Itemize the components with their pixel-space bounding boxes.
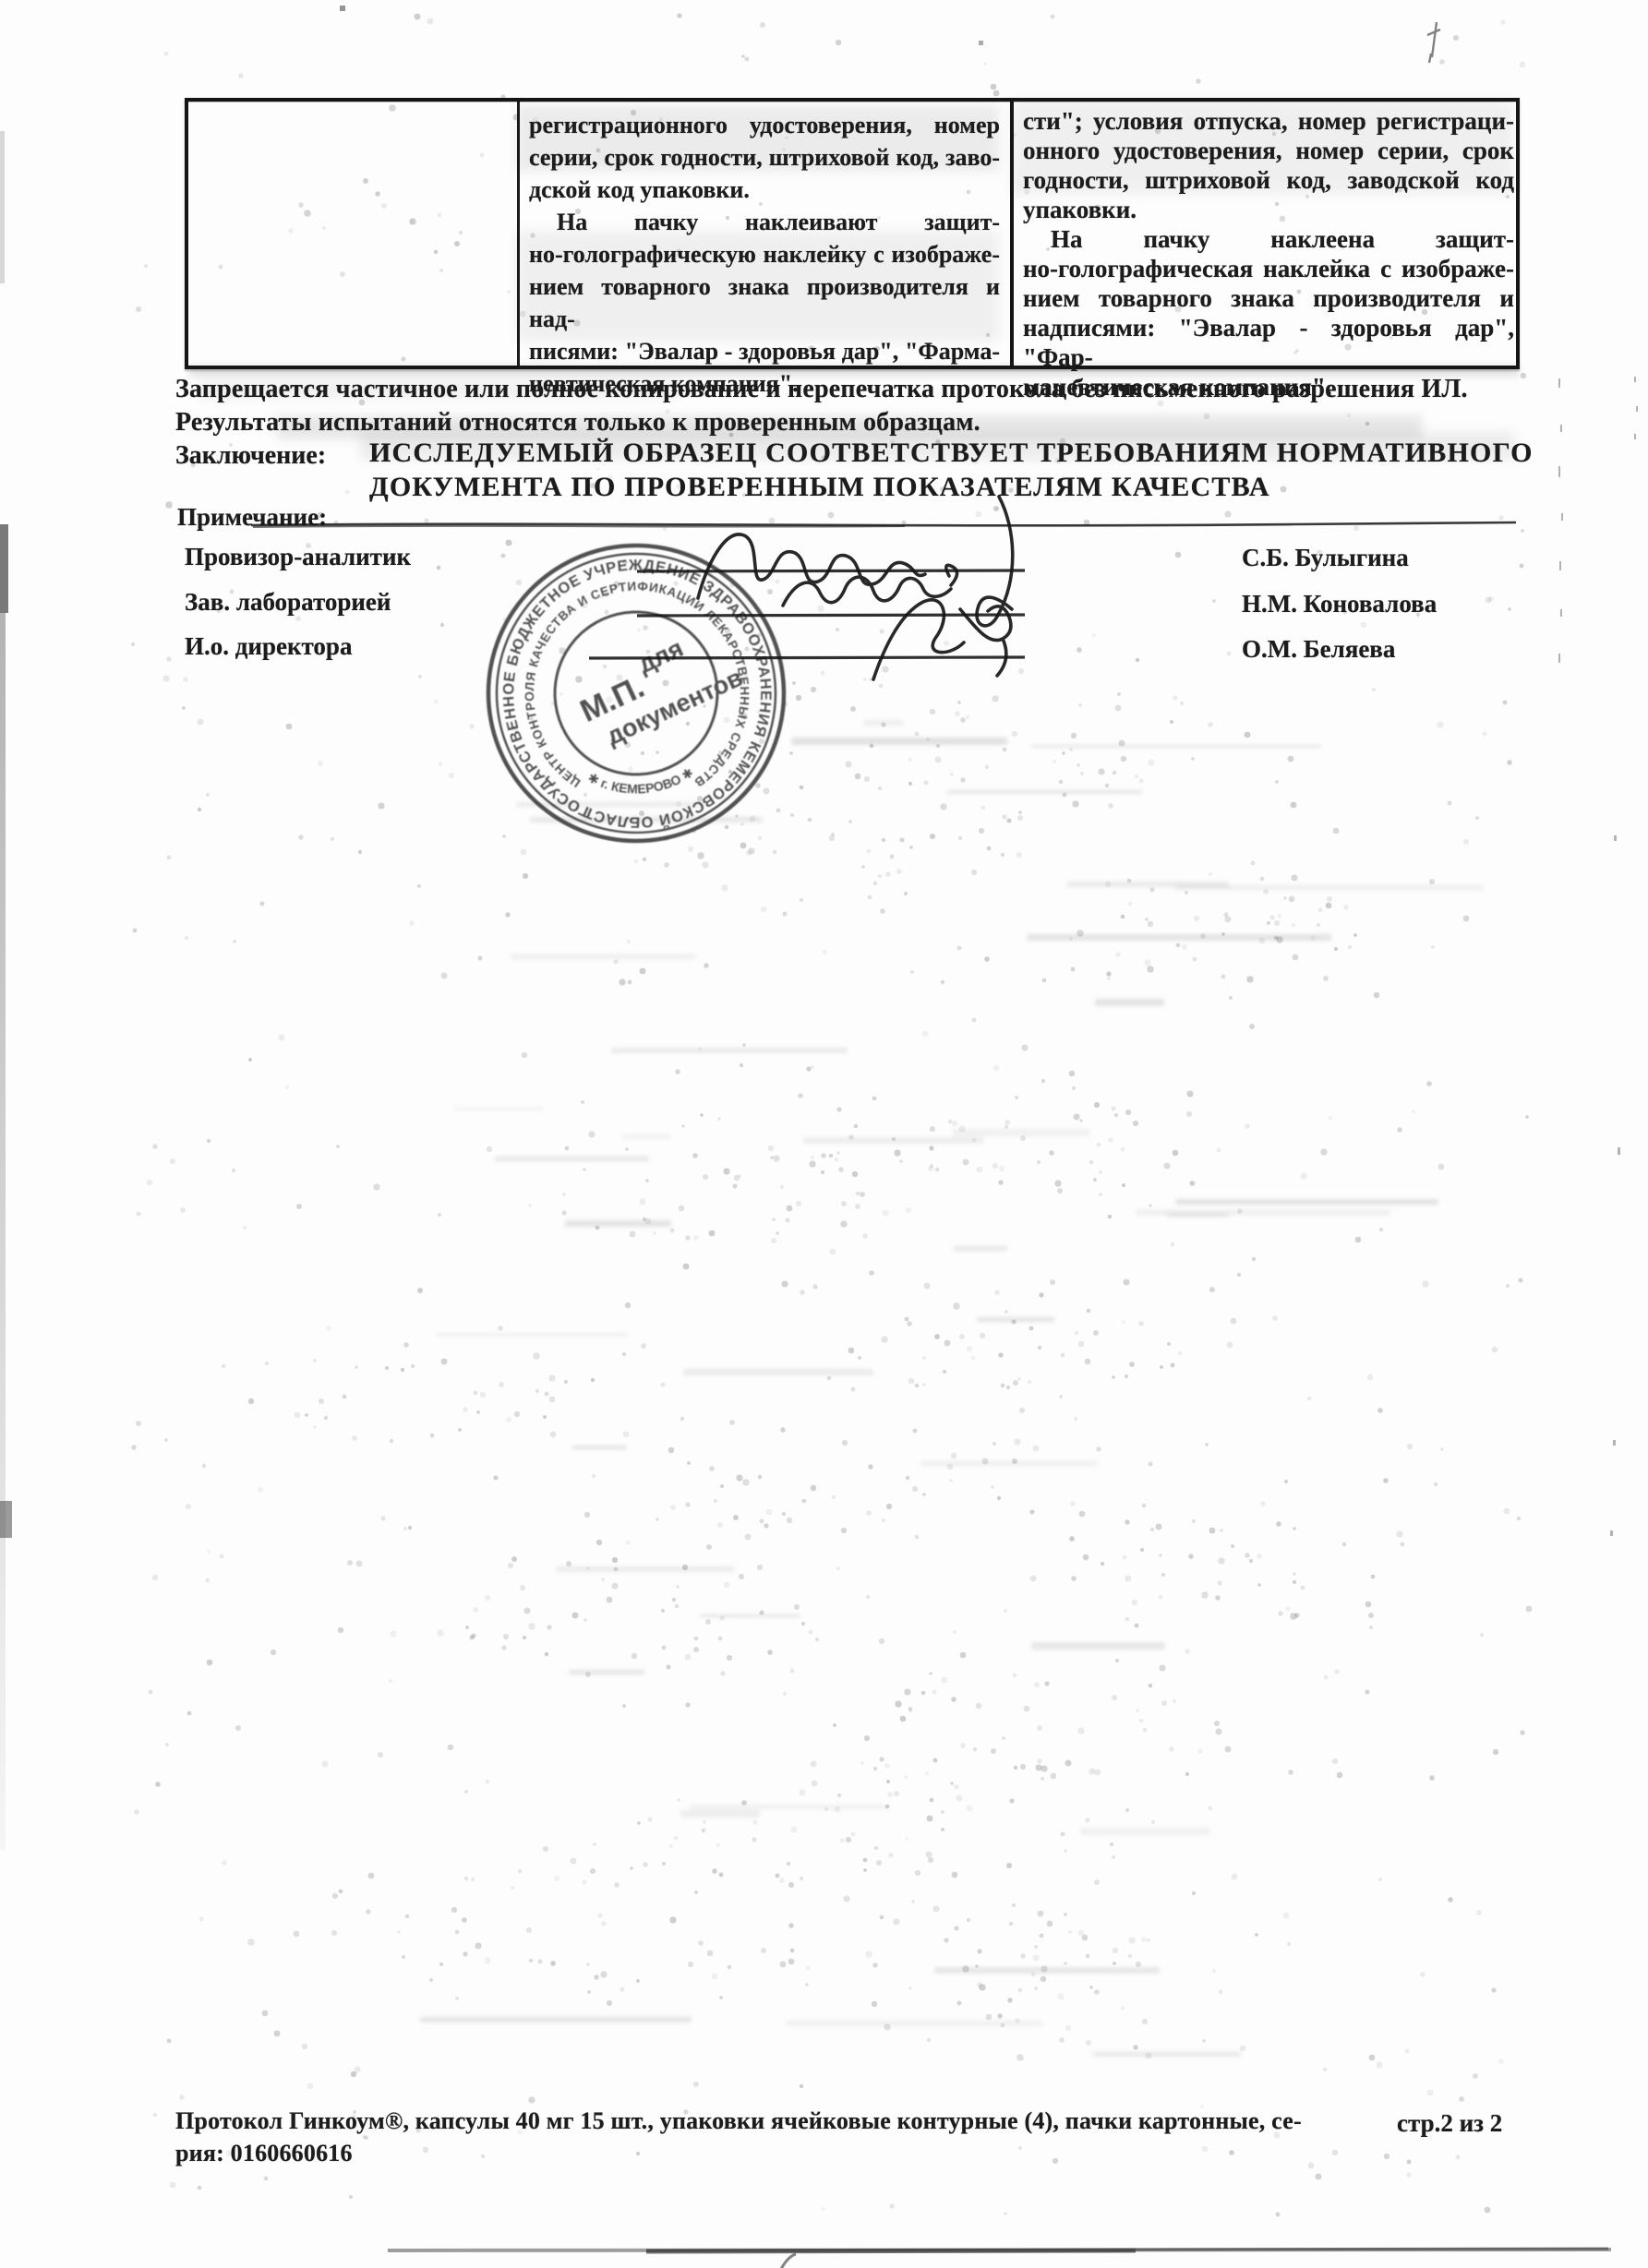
text-line: сти"; условия отпуска, номер регистраци- bbox=[1023, 106, 1514, 136]
bleed-streak bbox=[621, 1134, 671, 1139]
table-cell-results: сти"; условия отпуска, номер регистраци-… bbox=[1010, 102, 1523, 366]
bleed-streak bbox=[689, 1805, 889, 1809]
bleed-streak bbox=[1080, 1828, 1210, 1835]
signatory-name-lab-head: Н.М. Коновалова bbox=[1242, 590, 1437, 618]
text-line: но-голографическая наклейка с изображе- bbox=[1023, 254, 1514, 283]
bleed-streak bbox=[1066, 882, 1228, 887]
signatory-name-acting-director: О.М. Беляева bbox=[1242, 635, 1395, 664]
requirements-text: регистрационного удостоверения, номер се… bbox=[529, 109, 1000, 400]
document-page: регистрационного удостоверения, номер се… bbox=[0, 0, 1648, 2268]
results-scope-notice: Результаты испытаний относятся только к … bbox=[175, 408, 980, 438]
text-line: онного удостоверения, номер серии, срок bbox=[1023, 136, 1514, 165]
bleed-streak bbox=[569, 1670, 644, 1674]
bleed-streak bbox=[920, 1461, 1097, 1466]
top-edge-specks bbox=[340, 6, 1440, 63]
text-line: дской код упаковки. bbox=[529, 174, 1000, 206]
note-label: Примечание: bbox=[177, 503, 327, 532]
bleed-streak bbox=[511, 954, 695, 960]
bleed-streak bbox=[786, 2021, 1043, 2026]
bleed-streak bbox=[954, 1246, 1008, 1251]
right-margin-ticks bbox=[1558, 377, 1638, 1536]
note-underline bbox=[251, 522, 1516, 527]
page-indicator: стр.2 из 2 bbox=[1397, 2109, 1502, 2138]
bottom-edge-streak bbox=[388, 2249, 1611, 2268]
bleed-streak bbox=[953, 1129, 1089, 1136]
bleed-streak bbox=[420, 2017, 692, 2022]
signature-acting-director bbox=[873, 600, 1011, 679]
text-line: регистрационного удостоверения, номер bbox=[529, 109, 1000, 141]
svg-text:для: для bbox=[634, 634, 688, 678]
text-line: серии, срок годности, штриховой код, зав… bbox=[529, 141, 1000, 174]
bleed-streak bbox=[683, 1369, 873, 1376]
signature-lab-head bbox=[783, 565, 957, 606]
bleed-streak bbox=[863, 720, 904, 726]
conclusion-label: Заключение: bbox=[175, 441, 326, 471]
signatory-role-analyst: Провизор-аналитик bbox=[185, 543, 411, 571]
table-cell-empty bbox=[188, 102, 517, 366]
results-text: сти"; условия отпуска, номер регистраци-… bbox=[1023, 106, 1514, 402]
noise-speckles bbox=[0, 0, 2, 2]
packaging-comparison-table: регистрационного удостоверения, номер се… bbox=[185, 98, 1520, 369]
bleed-streak bbox=[565, 1220, 671, 1227]
bleed-streak bbox=[1136, 1209, 1389, 1216]
bleed-streak bbox=[572, 1446, 628, 1449]
text-line: писями: "Эвалар - здоровья дар", "Фарма- bbox=[529, 335, 1000, 367]
bleed-streak bbox=[1167, 1213, 1228, 1218]
bleed-streak bbox=[803, 1137, 983, 1144]
conclusion-line-1: ИССЛЕДУЕМЫЙ ОБРАЗЕЦ СООТВЕТСТВУЕТ ТРЕБОВ… bbox=[369, 438, 1534, 469]
bleed-streak bbox=[495, 1157, 649, 1160]
bleed-streak bbox=[680, 1810, 760, 1817]
stamp-center-text: М.П. для документов bbox=[569, 617, 747, 756]
bleed-streak bbox=[556, 1566, 734, 1571]
bleed-streak bbox=[1093, 2052, 1241, 2057]
bleed-streak bbox=[934, 1967, 1160, 1974]
text-line: годности, штриховой код, заводской код bbox=[1023, 165, 1514, 195]
bleed-streak bbox=[700, 1614, 800, 1617]
left-edge-artifacts bbox=[0, 131, 12, 1850]
bleed-streak bbox=[1027, 934, 1332, 941]
bleed-streak bbox=[436, 1333, 628, 1337]
bleed-streak bbox=[611, 1048, 848, 1053]
bleed-streak bbox=[977, 1317, 1054, 1323]
footer-protocol-line-1: Протокол Гинкоум®, капсулы 40 мг 15 шт.,… bbox=[175, 2107, 1302, 2135]
bleed-streak bbox=[1174, 885, 1484, 891]
text-line: но-голографическую наклейку с изображе- bbox=[529, 238, 1000, 270]
table-cell-requirements: регистрационного удостоверения, номер се… bbox=[517, 102, 1010, 366]
text-line: надписями: "Эвалар - здоровья дар", "Фар… bbox=[1023, 313, 1514, 372]
bleed-streak bbox=[1031, 1642, 1165, 1650]
copy-prohibition-notice: Запрещается частичное или полное копиров… bbox=[175, 375, 1468, 404]
signatory-role-lab-head: Зав. лабораторией bbox=[185, 588, 391, 617]
bleed-streak bbox=[1175, 1199, 1438, 1205]
text-line: На пачку наклеена защит- bbox=[1023, 224, 1514, 254]
conclusion-line-2: ДОКУМЕНТА ПО ПРОВЕРЕННЫМ ПОКАЗАТЕЛЯМ КАЧ… bbox=[369, 472, 1270, 503]
bleed-streak bbox=[1031, 745, 1321, 748]
signatory-role-acting-director: И.о. директора bbox=[185, 632, 352, 661]
signatory-name-analyst: С.Б. Булыгина bbox=[1242, 544, 1409, 572]
bleed-streak bbox=[946, 790, 1143, 795]
signature-analyst-flourish bbox=[977, 497, 1013, 626]
bleed-streak bbox=[1095, 999, 1164, 1006]
text-line: нием товарного знака производителя и над… bbox=[529, 270, 1000, 335]
text-line: упаковки. bbox=[1023, 195, 1514, 224]
stamp-svg: ГОСУДАРСТВЕННОЕ БЮДЖЕТНОЕ УЧРЕЖДЕНИЕ ЗДР… bbox=[433, 490, 839, 896]
round-seal-stamp: ГОСУДАРСТВЕННОЕ БЮДЖЕТНОЕ УЧРЕЖДЕНИЕ ЗДР… bbox=[433, 490, 839, 896]
text-line: нием товарного знака производителя и bbox=[1023, 283, 1514, 313]
footer-protocol-line-2: рия: 0160660616 bbox=[175, 2140, 353, 2167]
bleed-streak bbox=[454, 1108, 544, 1111]
text-line: На пачку наклеивают защит- bbox=[529, 206, 1000, 238]
